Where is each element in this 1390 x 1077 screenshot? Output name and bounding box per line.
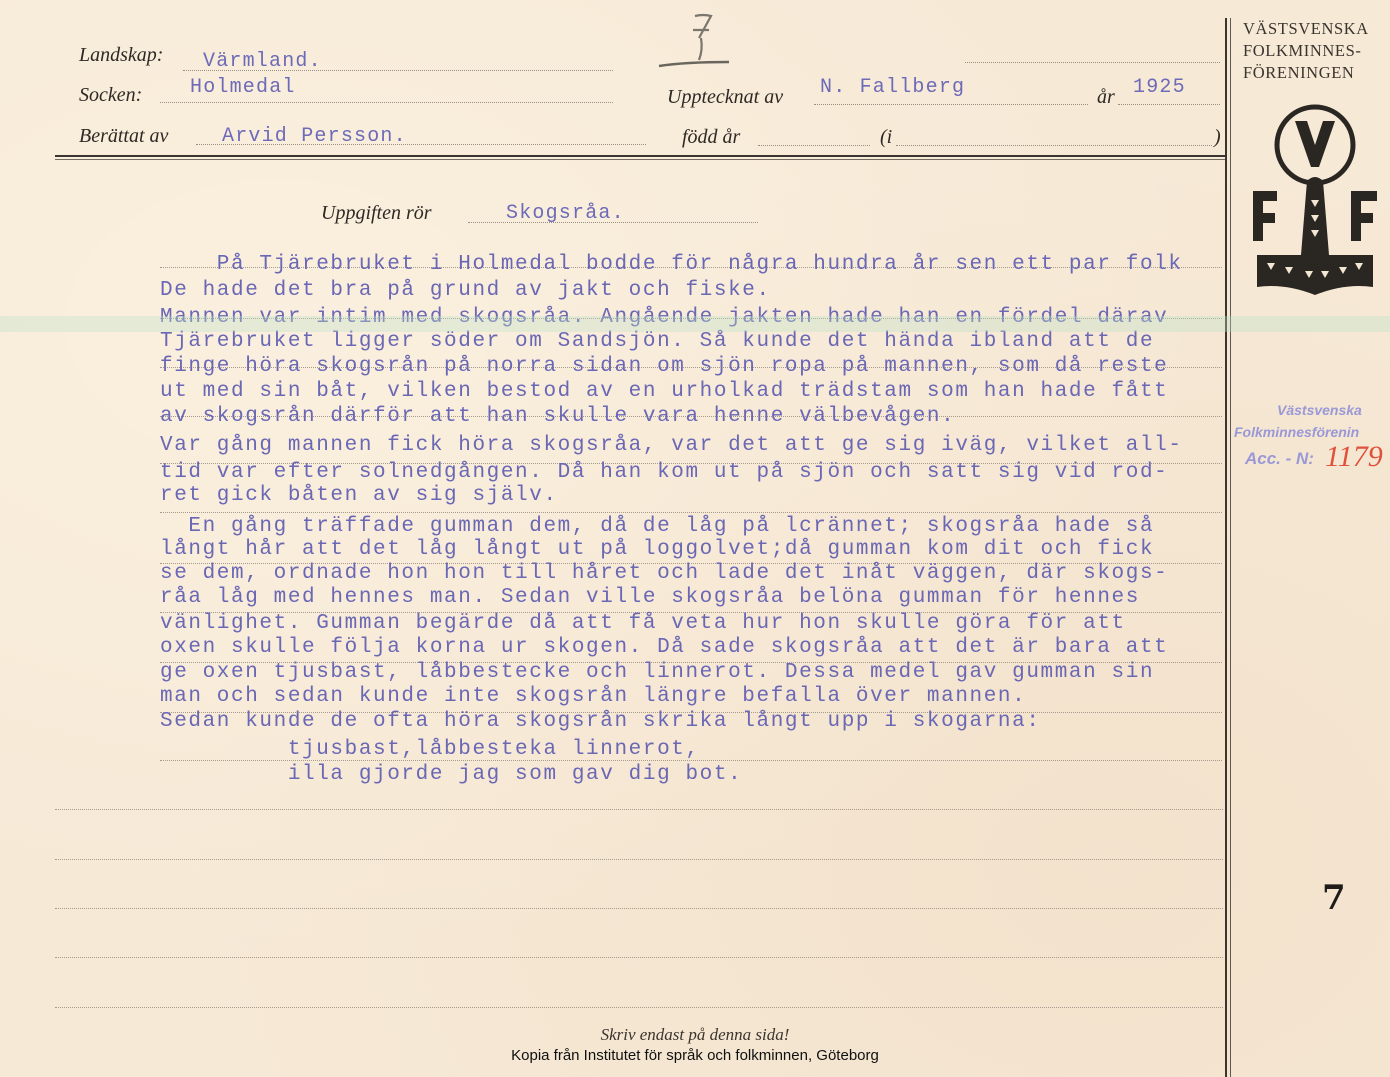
body-line: tid var efter solnedgången. Då han kom u…	[160, 460, 1230, 485]
i-close-paren: )	[1214, 126, 1221, 149]
body-line: finge höra skogsrån på norra sidan om sj…	[160, 354, 1230, 379]
uppgiften-value: Skogsråa.	[506, 202, 625, 225]
body-line: se dem, ordnade hon hon till håret och l…	[160, 561, 1230, 586]
body-line: En gång träffade gumman dem, då de låg p…	[160, 514, 1230, 539]
landskap-value: Värmland.	[203, 50, 322, 73]
handwritten-page-mark	[655, 10, 735, 70]
ar-value: 1925	[1133, 76, 1186, 99]
berattat-label: Berättat av	[79, 125, 168, 148]
sidebar-divider-right	[1230, 18, 1231, 1077]
guide-line	[55, 859, 1223, 860]
i-dotted-line	[896, 145, 1212, 146]
socken-value: Holmedal	[190, 76, 296, 99]
fodd-dotted-line	[758, 145, 870, 146]
body-line: De hade det bra på grund av jakt och fis…	[160, 278, 1230, 303]
org-line-3: FÖRENINGEN	[1243, 62, 1383, 84]
body-line: ret gick båten av sig själv.	[160, 483, 1230, 508]
scan-artifact-band	[0, 316, 1390, 332]
body-line: man och sedan kunde inte skogsrån längre…	[160, 684, 1230, 709]
stamp-acc-label: Acc. - N:	[1245, 449, 1314, 469]
header-divider-top	[55, 155, 1225, 157]
footer-instruction: Skriv endast på denna sida!	[0, 1025, 1390, 1045]
ar-dotted-line	[1118, 104, 1220, 105]
page-number: 7	[1322, 878, 1346, 918]
org-line-1: VÄSTSVENSKA	[1243, 18, 1383, 40]
body-line: vänlighet. Gumman begärde då att få veta…	[160, 611, 1230, 636]
top-right-dotted-line	[965, 62, 1220, 63]
org-line-2: FOLKMINNES-	[1243, 40, 1383, 62]
guide-line	[55, 908, 1223, 909]
guide-line	[55, 809, 1223, 810]
fodd-label: född år	[682, 126, 740, 149]
header-divider-bottom	[55, 159, 1225, 160]
body-line: illa gjorde jag som gav dig bot.	[160, 762, 1230, 787]
upptecknat-value: N. Fallberg	[820, 76, 965, 99]
upptecknat-dotted-line	[814, 104, 1088, 105]
uppgiften-label: Uppgiften rör	[321, 202, 432, 225]
body-line: av skogsrån därför att han skulle vara h…	[160, 404, 1230, 429]
socken-label: Socken:	[79, 84, 142, 107]
body-line: ut med sin båt, vilken bestod av en urho…	[160, 379, 1230, 404]
vff-logo-icon	[1245, 95, 1385, 305]
guide-line	[55, 957, 1223, 958]
i-open-paren: (i	[880, 126, 892, 149]
footer-copyright: Kopia från Institutet för språk och folk…	[0, 1047, 1390, 1064]
body-line: råa låg med hennes man. Sedan ville skog…	[160, 585, 1230, 610]
body-line: Sedan kunde de ofta höra skogsrån skrika…	[160, 709, 1230, 734]
guide-line	[160, 512, 1222, 513]
body-line: Var gång mannen fick höra skogsråa, var …	[160, 433, 1230, 458]
acc-number: 1179	[1325, 440, 1383, 474]
socken-dotted-line	[160, 102, 613, 103]
guide-line	[55, 1007, 1223, 1008]
stamp-line-1: Västsvenska	[1277, 402, 1362, 418]
stamp-line-2: Folkminnesförenin	[1234, 424, 1359, 440]
body-line: långt hår att det låg långt ut på loggol…	[160, 537, 1230, 562]
landskap-label: Landskap:	[79, 44, 163, 67]
body-line: ge oxen tjusbast, låbbestecke och linner…	[160, 660, 1230, 685]
upptecknat-label: Upptecknat av	[667, 86, 783, 109]
body-line: tjusbast,låbbesteka linnerot,	[160, 737, 1230, 762]
body-line: På Tjärebruket i Holmedal bodde för någr…	[160, 252, 1230, 277]
berattat-value: Arvid Persson.	[222, 125, 407, 148]
ar-label: år	[1097, 86, 1115, 109]
body-line: Tjärebruket ligger söder om Sandsjön. Så…	[160, 329, 1230, 354]
org-name: VÄSTSVENSKA FOLKMINNES- FÖRENINGEN	[1243, 18, 1383, 84]
body-line: oxen skulle följa korna ur skogen. Då sa…	[160, 635, 1230, 660]
